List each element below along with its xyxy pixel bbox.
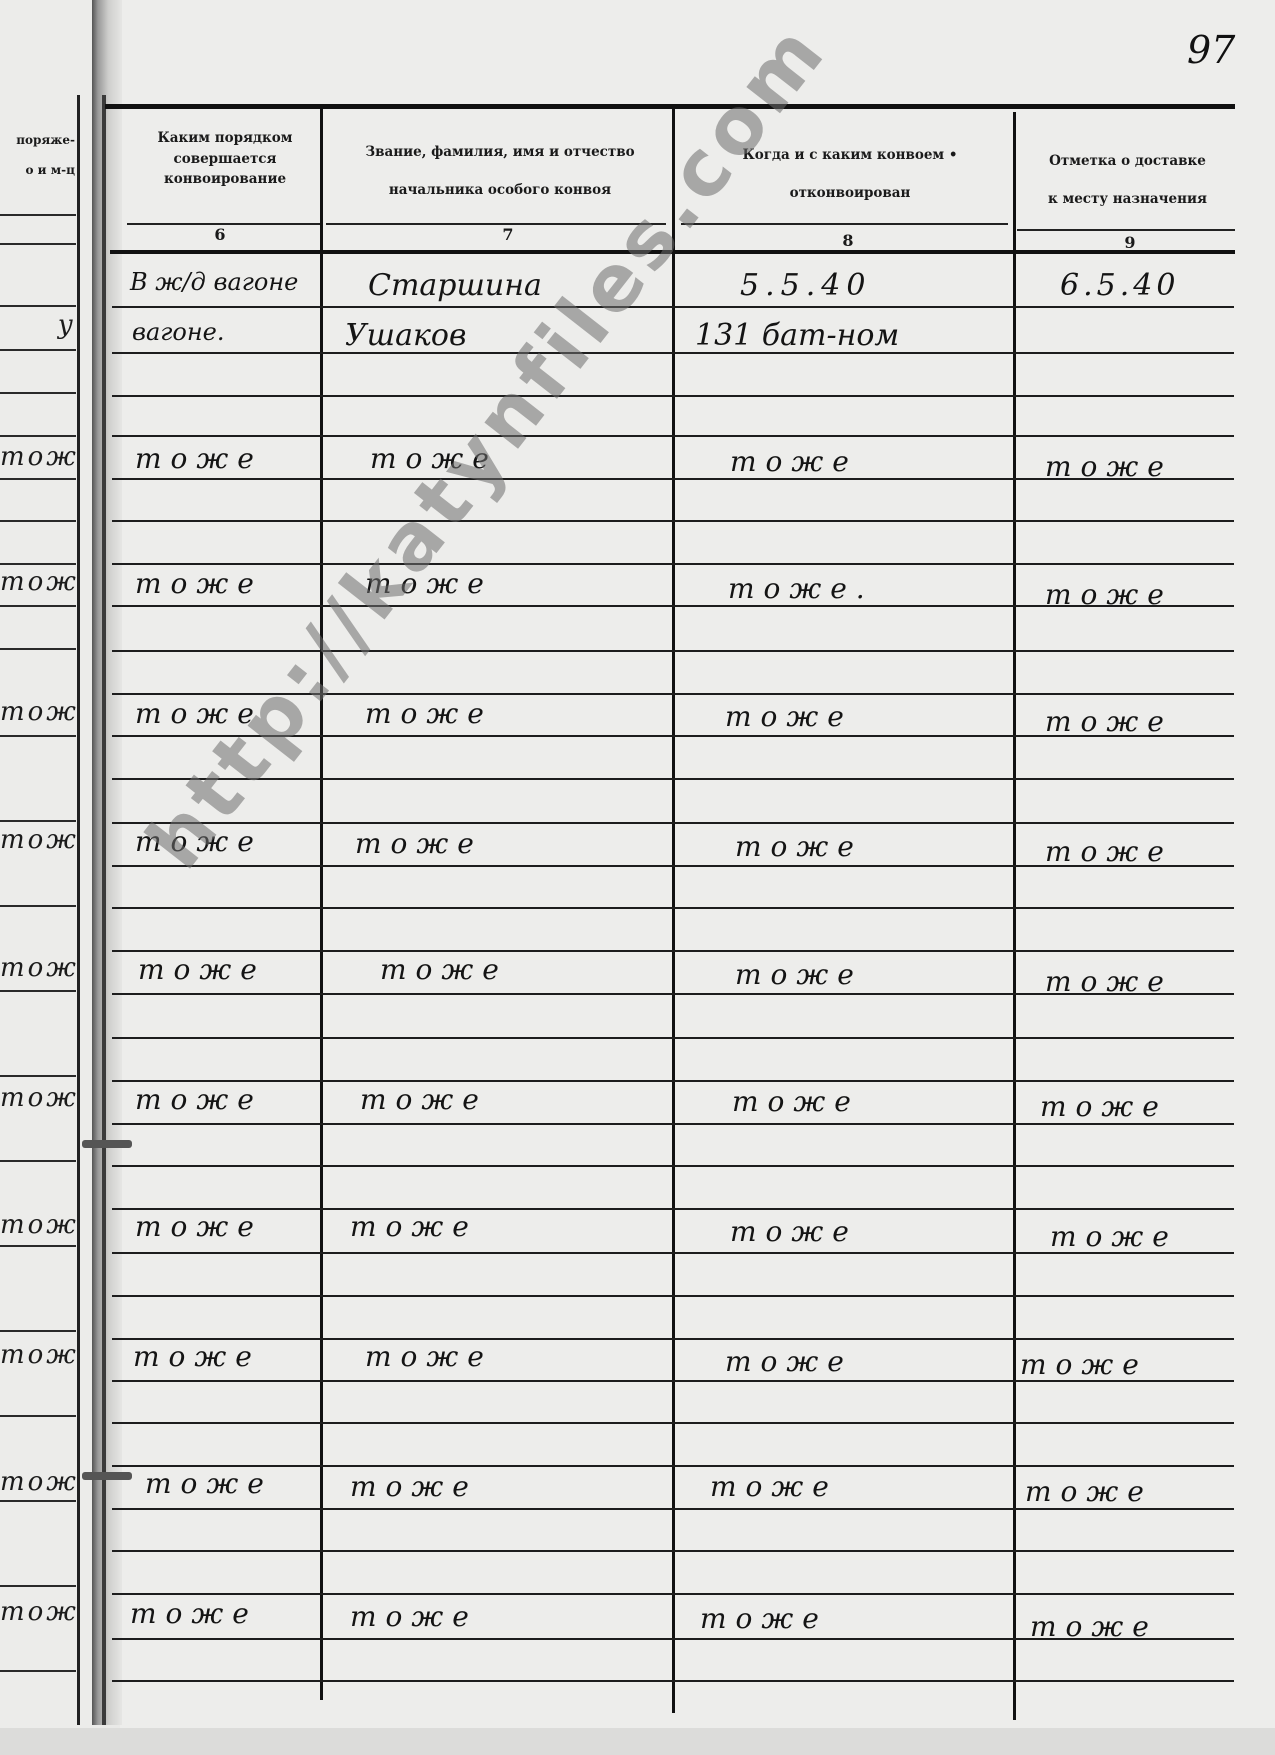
table-top-rule — [105, 104, 1235, 109]
cell-col7: тоже — [380, 953, 508, 986]
cell-col9: тоже — [1040, 1090, 1168, 1123]
cell-col9: тоже — [1020, 1348, 1148, 1381]
cell-col6: тоже — [135, 442, 263, 475]
left-page-border — [77, 95, 80, 1725]
cell-col8: 131 бат-ном — [695, 318, 899, 353]
left-rule — [0, 1670, 76, 1672]
column-header-9: Отметка о доставке к месту назначения — [1020, 142, 1235, 218]
left-entry: тоже — [0, 953, 76, 983]
left-header-line2: о и м-ц — [0, 155, 75, 185]
left-entry: у — [0, 310, 76, 340]
left-rule — [0, 1415, 76, 1417]
cell-col6: вагоне. — [132, 318, 225, 346]
cell-col7: тоже — [355, 827, 483, 860]
left-rule — [0, 1245, 76, 1247]
row-rule — [112, 1593, 1234, 1595]
cell-col6: тоже — [135, 567, 263, 600]
row-rule — [112, 822, 1234, 824]
left-rule — [0, 349, 76, 351]
cell-col7: тоже — [365, 1340, 493, 1373]
column-header-6: Каким порядком совершается конвоирование — [130, 126, 320, 190]
row-rule — [112, 1508, 1234, 1510]
left-rule — [0, 990, 76, 992]
header-line: к месту назначения — [1020, 180, 1235, 218]
left-rule — [0, 243, 76, 245]
cell-col7: Ушаков — [345, 318, 466, 353]
cell-col9: тоже — [1045, 450, 1173, 483]
left-rule — [0, 605, 76, 607]
cell-col9: 6.5.40 — [1060, 268, 1179, 303]
cell-col8: тоже. — [728, 572, 874, 605]
header-line: Звание, фамилия, имя и отчество — [330, 133, 670, 171]
row-rule — [112, 1422, 1234, 1424]
cell-col8: тоже — [735, 830, 863, 863]
row-rule — [112, 1680, 1234, 1682]
row-rule — [112, 1208, 1234, 1210]
row-rule — [112, 563, 1234, 565]
row-rule — [112, 1037, 1234, 1039]
column-number-6: 6 — [200, 225, 240, 244]
row-rule — [112, 1338, 1234, 1340]
left-rule — [0, 820, 76, 822]
row-rule — [112, 352, 1234, 354]
row-rule — [112, 1465, 1234, 1467]
cell-col9: тоже — [1045, 578, 1173, 611]
number-rule — [681, 223, 1008, 225]
left-entry: тоже — [0, 1597, 76, 1627]
cell-col8: тоже — [732, 1085, 860, 1118]
row-rule — [112, 435, 1234, 437]
left-rule — [0, 735, 76, 737]
binding-stitch — [82, 1472, 132, 1480]
row-rule — [112, 907, 1234, 909]
left-entry: тоже — [0, 1340, 76, 1370]
row-rule — [112, 1550, 1234, 1552]
left-rule — [0, 392, 76, 394]
cell-col9: тоже — [1045, 965, 1173, 998]
left-rule — [0, 1330, 76, 1332]
cell-col7: Старшина — [368, 268, 542, 303]
left-rule — [0, 1500, 76, 1502]
row-rule — [112, 1123, 1234, 1125]
left-entry: тоже — [0, 442, 76, 472]
left-entry: тоже — [0, 697, 76, 727]
left-header-fragment: поряже- о и м-ц — [0, 125, 75, 185]
row-rule — [112, 1165, 1234, 1167]
left-rule — [0, 905, 76, 907]
column-divider — [320, 108, 323, 1700]
left-entry: тоже — [0, 1210, 76, 1240]
header-line: Отметка о доставке — [1020, 142, 1235, 180]
left-page: поряже- о и м-ц у тоже тоже тоже тоже то… — [0, 0, 100, 1730]
left-rule — [0, 563, 76, 565]
left-rule — [0, 1585, 76, 1587]
left-rule — [0, 435, 76, 437]
row-rule — [112, 395, 1234, 397]
cell-col6: тоже — [138, 953, 266, 986]
cell-col7: тоже — [350, 1600, 478, 1633]
page-number: 97 — [1187, 28, 1235, 72]
cell-col6: тоже — [130, 1597, 258, 1630]
left-entry: тоже — [0, 825, 76, 855]
page-bottom-edge — [0, 1728, 1275, 1755]
cell-col8: тоже — [700, 1602, 828, 1635]
cell-col8: тоже — [725, 1345, 853, 1378]
cell-col7: тоже — [350, 1470, 478, 1503]
cell-col8: 5.5.40 — [740, 268, 871, 303]
cell-col9: тоже — [1030, 1610, 1158, 1643]
cell-col6: тоже — [145, 1467, 273, 1500]
header-line: конвоирование — [130, 168, 320, 190]
row-rule — [112, 520, 1234, 522]
column-number-7: 7 — [488, 225, 528, 244]
cell-col9: тоже — [1045, 835, 1173, 868]
cell-col7: тоже — [360, 1083, 488, 1116]
cell-col9: тоже — [1025, 1475, 1153, 1508]
row-rule — [112, 1080, 1234, 1082]
row-rule — [112, 950, 1234, 952]
row-rule — [112, 306, 1234, 308]
left-entry: тоже — [0, 1467, 76, 1497]
left-rule — [0, 478, 76, 480]
cell-col8: тоже — [730, 1215, 858, 1248]
cell-col8: тоже — [735, 958, 863, 991]
cell-col8: тоже — [730, 445, 858, 478]
left-rule — [0, 520, 76, 522]
left-entry: тоже — [0, 567, 76, 597]
cell-col7: тоже — [365, 697, 493, 730]
cell-col8: тоже — [710, 1470, 838, 1503]
left-entry: тоже — [0, 1083, 76, 1113]
header-line: Каким порядком — [130, 126, 320, 150]
cell-col6: В ж/д вагоне — [130, 268, 298, 296]
left-rule — [0, 648, 76, 650]
left-header-line1: поряже- — [0, 125, 75, 155]
column-number-8: 8 — [828, 231, 868, 250]
left-rule — [0, 305, 76, 307]
left-rule — [0, 214, 76, 216]
column-divider — [672, 108, 675, 1713]
left-rule — [0, 1075, 76, 1077]
cell-col9: тоже — [1050, 1220, 1178, 1253]
cell-col6: тоже — [135, 1083, 263, 1116]
column-header-7: Звание, фамилия, имя и отчество начальни… — [330, 133, 670, 209]
header-line: совершается — [130, 150, 320, 168]
left-rule — [0, 1160, 76, 1162]
cell-col8: тоже — [725, 700, 853, 733]
cell-col7: тоже — [350, 1210, 478, 1243]
number-rule — [1017, 229, 1235, 231]
row-rule — [112, 1295, 1234, 1297]
cell-col6: тоже — [135, 1210, 263, 1243]
cell-col9: тоже — [1045, 705, 1173, 738]
cell-col6: тоже — [133, 1340, 261, 1373]
binding-stitch — [82, 1140, 132, 1148]
spine-edge — [102, 95, 106, 1725]
